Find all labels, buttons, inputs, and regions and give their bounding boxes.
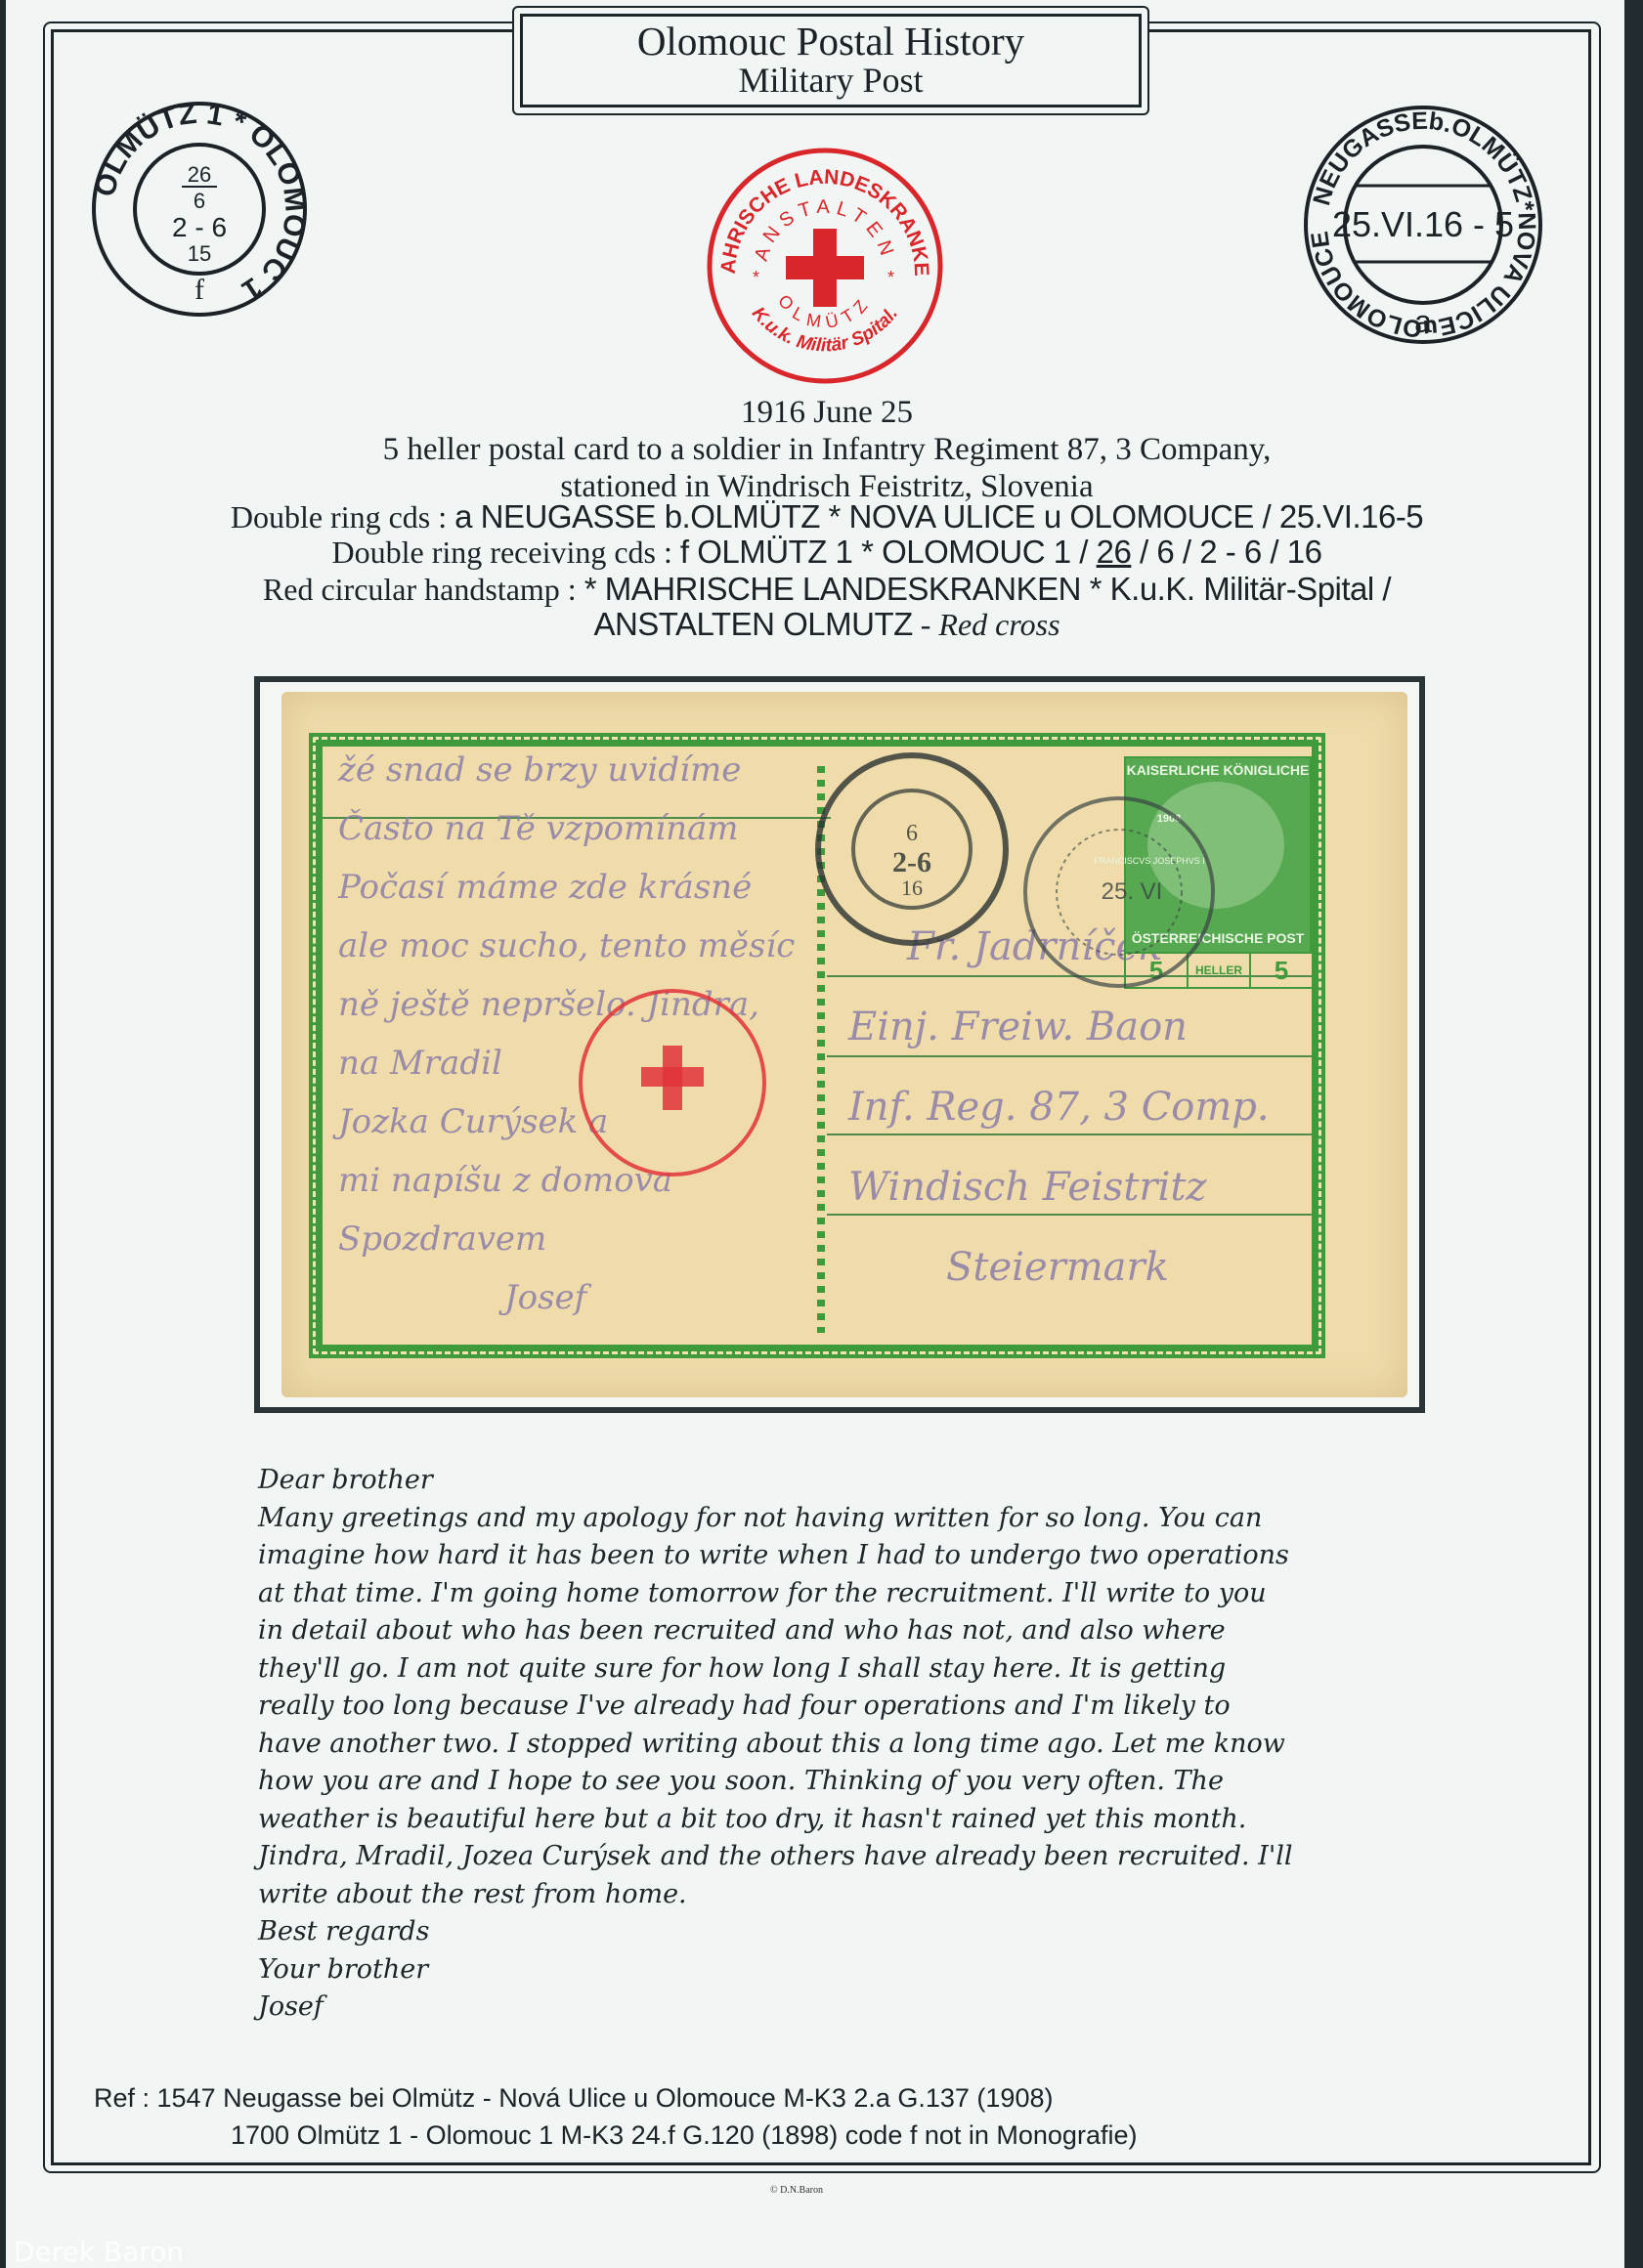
handstamp-value-2: ANSTALTEN OLMUTZ: [593, 606, 912, 642]
message-line: Spozdravem: [338, 1220, 546, 1259]
svg-text:15: 15: [188, 241, 211, 266]
page-title: Olomouc Postal History: [523, 21, 1139, 62]
handstamp-value: * MAHRISCHE LANDESKRANKEN * K.u.K. Milit…: [584, 571, 1391, 607]
letter-line: weather is beautiful here but a bit too …: [258, 1801, 1431, 1839]
description-cds: Double ring cds : a NEUGASSE b.OLMÜTZ * …: [65, 498, 1589, 535]
svg-text:25. VI: 25. VI: [1102, 878, 1163, 905]
message-line: ale moc sucho, tento měsíc: [338, 926, 795, 965]
copyright: © D.N.Baron: [770, 2185, 823, 2196]
letter-line: really too long because I've already had…: [258, 1688, 1431, 1726]
title-box: Olomouc Postal History Military Post: [520, 14, 1142, 107]
letter-line: in detail about who has been recruited a…: [258, 1612, 1431, 1650]
letter-line: they'll go. I am not quite sure for how …: [258, 1650, 1431, 1689]
description-handstamp-2: ANSTALTEN OLMUTZ - Red cross: [65, 606, 1589, 643]
message-line: Jozka Curýsek a: [338, 1102, 608, 1141]
handstamp-label: Red circular handstamp :: [263, 572, 584, 607]
card-sending-postmark: 25. VI: [1016, 790, 1222, 995]
svg-text:a: a: [1414, 304, 1432, 339]
address-line: [827, 1055, 1312, 1057]
message-line: Josef: [504, 1278, 586, 1317]
message-line: na Mradil: [338, 1044, 502, 1083]
cds-label: Double ring cds :: [231, 499, 454, 535]
letter-line: imagine how hard it has been to write wh…: [258, 1537, 1431, 1575]
svg-text:2-6: 2-6: [892, 846, 931, 878]
svg-text:2 - 6: 2 - 6: [172, 212, 227, 242]
letter-line: have another two. I stopped writing abou…: [258, 1726, 1431, 1764]
svg-text:*: *: [887, 268, 894, 287]
postcard-image: žé snad se brzy uvidímeČasto na Tě vzpom…: [281, 692, 1407, 1397]
message-line: Počasí máme zde krásné: [338, 868, 752, 907]
message-line: Často na Tě vzpomínám: [338, 809, 739, 848]
message-line: žé snad se brzy uvidíme: [338, 750, 741, 790]
handstamp-note: - Red cross: [913, 607, 1060, 642]
svg-text:f: f: [195, 274, 204, 306]
letter-line: how you are and I hope to see you soon. …: [258, 1763, 1431, 1801]
album-page: Olomouc Postal History Military Post OLM…: [6, 0, 1624, 2268]
svg-text:25.VI.16 - 5: 25.VI.16 - 5: [1332, 204, 1514, 244]
stamp-text-top: KAISERLICHE KÖNIGLICHE: [1126, 762, 1310, 778]
svg-text:*: *: [753, 268, 759, 287]
svg-text:6: 6: [906, 821, 918, 846]
letter-line: Jindra, Mradil, Jozea Curýsek and the ot…: [258, 1838, 1431, 1876]
card-red-handstamp: [575, 985, 770, 1180]
letter-line: Your brother: [258, 1951, 1431, 1990]
description-handstamp: Red circular handstamp : * MAHRISCHE LAN…: [65, 571, 1589, 608]
letter-line: Best regards: [258, 1913, 1431, 1951]
description-date: 1916 June 25: [65, 395, 1589, 431]
sending-postmark-illustration: NEUGASSEb.OLMÜTZ*NOVA ULICEuOLOMOUCE 25.…: [1296, 98, 1550, 352]
address-text-line: Steiermark: [946, 1245, 1169, 1290]
address-text-line: Inf. Reg. 87, 3 Comp.: [848, 1085, 1270, 1130]
description-receiving-cds: Double ring receiving cds : f OLMÜTZ 1 *…: [65, 534, 1589, 571]
receiving-label: Double ring receiving cds :: [332, 535, 680, 570]
receiving-value-day: 26: [1097, 534, 1132, 570]
address-line: [827, 1214, 1312, 1216]
svg-text:6: 6: [194, 189, 205, 213]
address-text-line: Einj. Freiw. Baon: [848, 1005, 1188, 1049]
svg-text:26: 26: [188, 162, 211, 187]
cds-value: a NEUGASSE b.OLMÜTZ * NOVA ULICE u OLOMO…: [454, 498, 1423, 535]
description-line-1: 5 heller postal card to a soldier in Inf…: [65, 432, 1589, 468]
receiving-value-b: / 6 / 2 - 6 / 16: [1131, 534, 1321, 570]
red-cross-handstamp-illustration: MAHRISCHE LANDESKRANKEN K.u.k. Militär S…: [706, 147, 944, 385]
address-line: [827, 1134, 1312, 1135]
letter-line: at that time. I'm going home tomorrow fo…: [258, 1575, 1431, 1613]
letter-line: write about the rest from home.: [258, 1876, 1431, 1914]
letter-line: Dear brother: [258, 1462, 1431, 1500]
letter-line: Josef: [258, 1989, 1431, 2027]
watermark: Derek Baron: [14, 2236, 184, 2268]
receiving-value-a: f OLMÜTZ 1 * OLOMOUC 1 /: [680, 534, 1097, 570]
card-receiving-postmark: 6 2-6 16: [809, 747, 1015, 952]
reference-line-2: 1700 Olmütz 1 - Olomouc 1 M-K3 24.f G.12…: [231, 2120, 1137, 2151]
stamp-value-right: 5: [1251, 954, 1312, 987]
reference-line-1: Ref : 1547 Neugasse bei Olmütz - Nová Ul…: [94, 2083, 1053, 2114]
address-text-line: Windisch Feistritz: [848, 1165, 1206, 1210]
letter-line: Many greetings and my apology for not ha…: [258, 1500, 1431, 1538]
page-subtitle: Military Post: [523, 62, 1139, 99]
svg-text:16: 16: [901, 876, 923, 900]
receiving-postmark-illustration: OLMÜTZ 1 * OLOMOUC 1 f 26 6 2 - 6 15: [86, 96, 313, 322]
letter-translation: Dear brotherMany greetings and my apolog…: [258, 1462, 1431, 2027]
